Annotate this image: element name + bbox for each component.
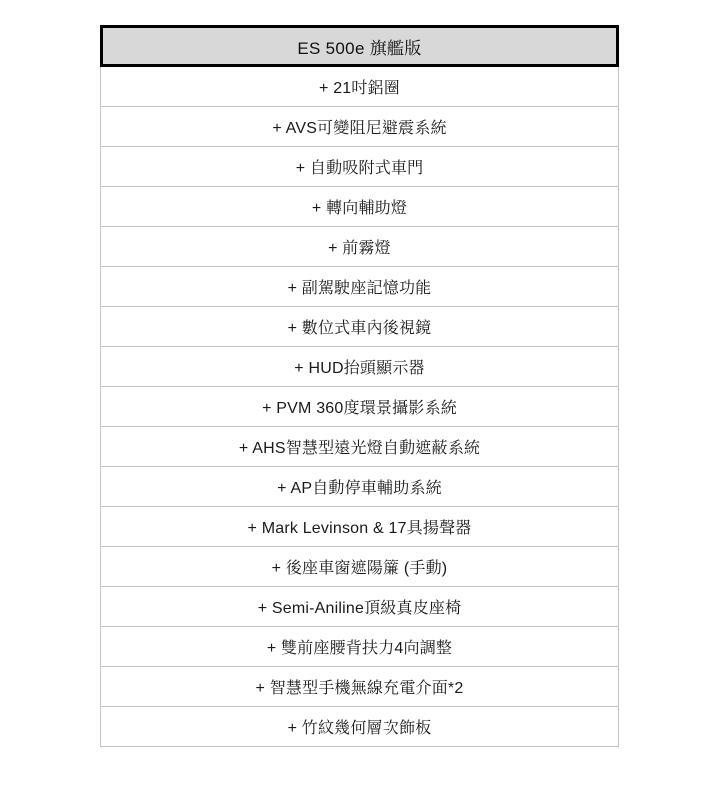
table-row: + 數位式車內後視鏡 bbox=[101, 307, 618, 347]
feature-rows: + 21吋鋁圈+ AVS可變阻尼避震系統+ 自動吸附式車門+ 轉向輔助燈+ 前霧… bbox=[100, 67, 619, 747]
table-row: + Mark Levinson & 17具揚聲器 bbox=[101, 507, 618, 547]
table-header: ES 500e 旗艦版 bbox=[100, 25, 619, 67]
table-row: + AHS智慧型遠光燈自動遮蔽系統 bbox=[101, 427, 618, 467]
table-row: + 竹紋幾何層次飾板 bbox=[101, 707, 618, 747]
table-row: + AP自動停車輔助系統 bbox=[101, 467, 618, 507]
table-row: + 雙前座腰背扶力4向調整 bbox=[101, 627, 618, 667]
table-row: + 前霧燈 bbox=[101, 227, 618, 267]
spec-table: ES 500e 旗艦版 + 21吋鋁圈+ AVS可變阻尼避震系統+ 自動吸附式車… bbox=[100, 25, 619, 747]
table-row: + 智慧型手機無線充電介面*2 bbox=[101, 667, 618, 707]
table-row: + Semi-Aniline頂級真皮座椅 bbox=[101, 587, 618, 627]
table-row: + 轉向輔助燈 bbox=[101, 187, 618, 227]
table-row: + HUD抬頭顯示器 bbox=[101, 347, 618, 387]
table-row: + 後座車窗遮陽簾 (手動) bbox=[101, 547, 618, 587]
table-row: + AVS可變阻尼避震系統 bbox=[101, 107, 618, 147]
table-row: + 21吋鋁圈 bbox=[101, 67, 618, 107]
table-row: + 自動吸附式車門 bbox=[101, 147, 618, 187]
table-row: + PVM 360度環景攝影系統 bbox=[101, 387, 618, 427]
table-row: + 副駕駛座記憶功能 bbox=[101, 267, 618, 307]
